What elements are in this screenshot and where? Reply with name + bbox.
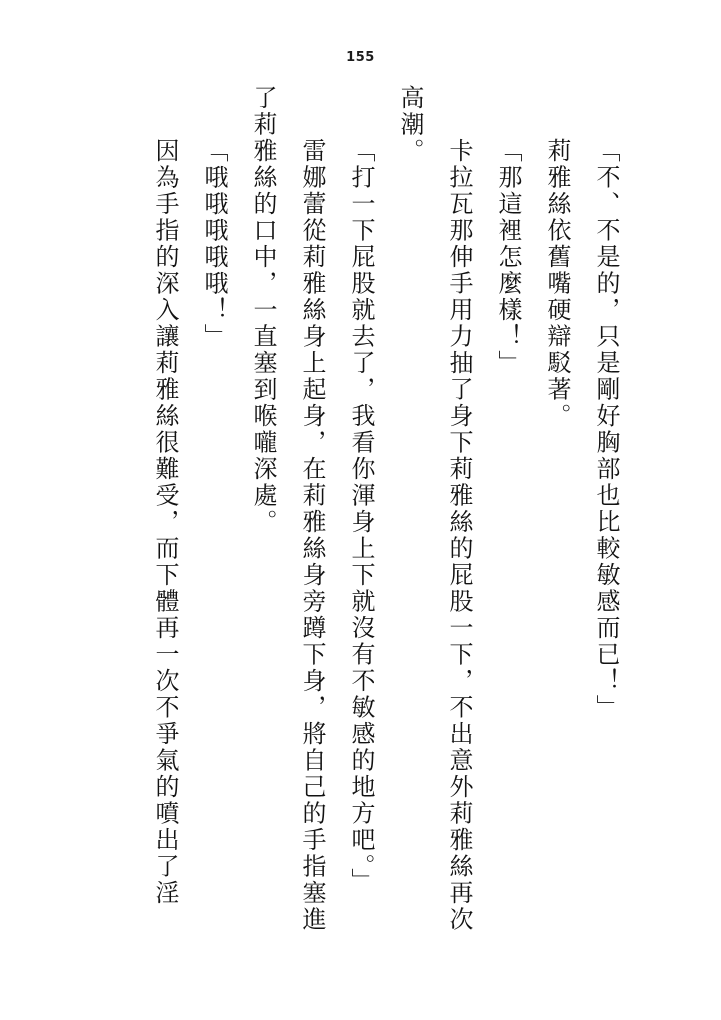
book-page: 155 「不、不是的，只是剛好胸部也比較敏感而已！」 莉雅絲依舊嘴硬辯駁著。 「… <box>0 0 721 1020</box>
paragraph-2: 莉雅絲依舊嘴硬辯駁著。 <box>531 85 580 943</box>
paragraph-8: 因為手指的深入讓莉雅絲很難受，而下體再一次不爭氣的噴出了淫 <box>139 85 188 943</box>
paragraph-7: 「哦哦哦哦哦！」 <box>188 85 237 943</box>
page-number: 155 <box>0 50 721 65</box>
paragraph-6: 雷娜蕾從莉雅絲身上起身，在莉雅絲身旁蹲下身，將自己的手指塞進了莉雅絲的口中，一直… <box>237 85 335 943</box>
paragraph-1: 「不、不是的，只是剛好胸部也比較敏感而已！」 <box>580 85 629 943</box>
paragraph-4: 卡拉瓦那伸手用力抽了身下莉雅絲的屁股一下，不出意外莉雅絲再次高潮。 <box>384 85 482 943</box>
page-text: 「不、不是的，只是剛好胸部也比較敏感而已！」 莉雅絲依舊嘴硬辯駁著。 「那這裡怎… <box>135 85 629 943</box>
paragraph-3: 「那這裡怎麼樣！」 <box>482 85 531 943</box>
paragraph-5: 「打一下屁股就去了，我看你渾身上下就沒有不敏感的地方吧。」 <box>335 85 384 943</box>
